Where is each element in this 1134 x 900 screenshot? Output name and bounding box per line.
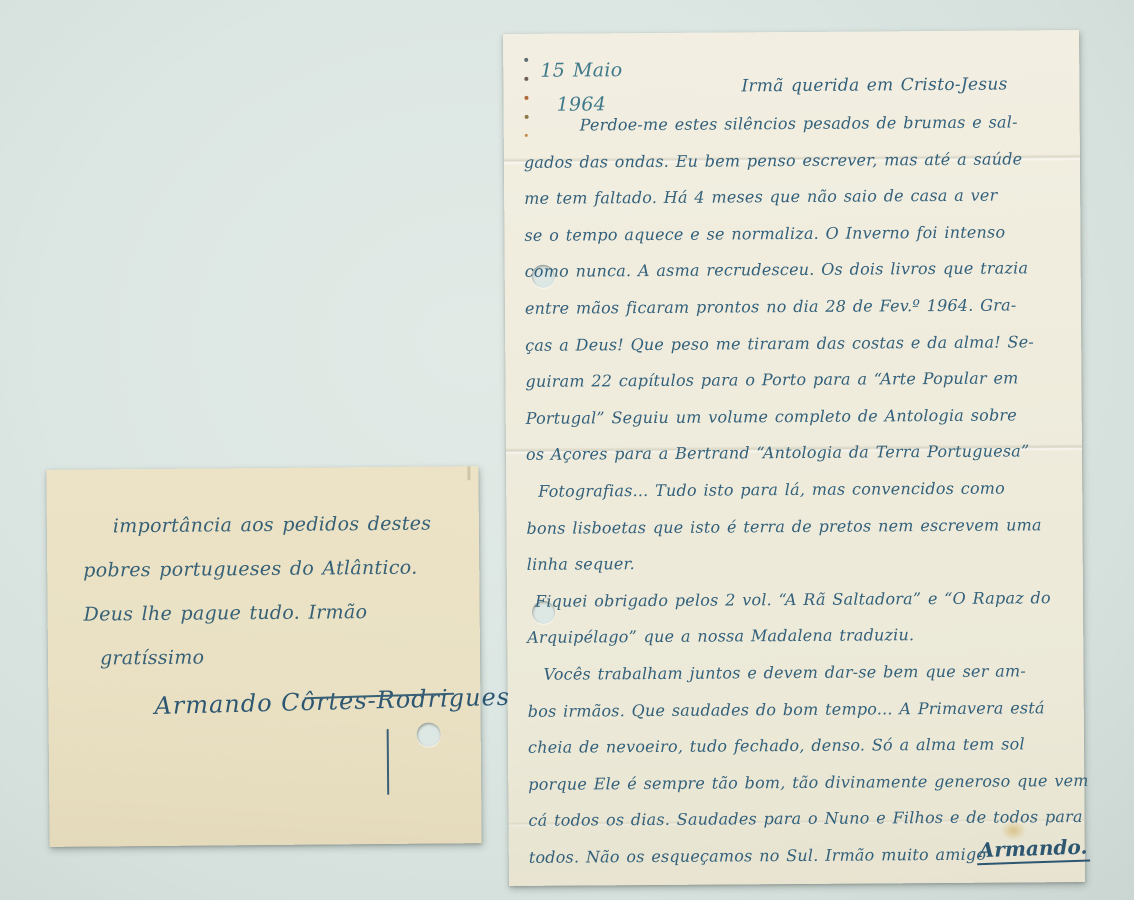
handwritten-line: se o tempo aquece e se normaliza. O Inve… xyxy=(524,222,1068,262)
handwritten-line: Arquipélago” que a nossa Madalena traduz… xyxy=(527,624,1071,664)
handwritten-line: entre mãos ficaram prontos no dia 28 de … xyxy=(525,295,1069,335)
handwritten-line: ças a Deus! Que peso me tiraram das cost… xyxy=(525,332,1069,372)
note-sheet: importância aos pedidos destespobres por… xyxy=(46,466,481,847)
handwritten-line: cheia de nevoeiro, tudo fechado, denso. … xyxy=(528,734,1072,774)
handwritten-line: bons lisboetas que isto é terra de preto… xyxy=(526,515,1070,555)
letter-sheet: 15 Maio 1964 Irmã querida em Cristo-Jesu… xyxy=(503,30,1085,886)
handwritten-line: como nunca. A asma recrudesceu. Os dois … xyxy=(525,258,1069,298)
handwritten-line: Deus lhe pague tudo. Irmão xyxy=(84,600,464,647)
letter-signature: Armando. xyxy=(976,834,1089,865)
handwritten-line: Perdoe-me estes silêncios pesados de bru… xyxy=(524,112,1068,152)
handwritten-line: gados das ondas. Eu bem penso escrever, … xyxy=(524,149,1068,189)
handwritten-line: guiram 22 capítulos para o Porto para a … xyxy=(525,368,1069,408)
handwritten-line: pobres portugueses do Atlântico. xyxy=(83,556,463,603)
handwritten-line: os Açores para a Bertrand “Antologia da … xyxy=(526,441,1070,481)
handwritten-line: Vocês trabalham juntos e devem dar-se be… xyxy=(527,661,1071,701)
paper-nick xyxy=(467,466,470,480)
handwritten-line: Portugal” Seguiu um volume completo de A… xyxy=(526,405,1070,445)
handwritten-line: linha sequer. xyxy=(527,551,1071,591)
signature-flourish-vertical xyxy=(387,729,390,795)
letter-date-day-month: 15 Maio xyxy=(540,53,622,88)
handwritten-line: me tem faltado. Há 4 meses que não saio … xyxy=(524,185,1068,225)
punch-hole xyxy=(417,722,441,746)
letter-date: 15 Maio 1964 xyxy=(540,53,623,122)
handwritten-line: importância aos pedidos destes xyxy=(83,512,463,559)
handwritten-line: bos irmãos. Que saudades do bom tempo...… xyxy=(528,698,1072,738)
note-body: importância aos pedidos destespobres por… xyxy=(83,512,465,691)
photo-of-letters: 15 Maio 1964 Irmã querida em Cristo-Jesu… xyxy=(0,0,1134,900)
letter-body: Perdoe-me estes silêncios pesados de bru… xyxy=(524,112,1073,884)
handwritten-line: Fiquei obrigado pelos 2 vol. “A Rã Salta… xyxy=(527,588,1071,628)
handwritten-line: porque Ele é sempre tão bom, tão divinam… xyxy=(528,771,1072,811)
letter-salutation: Irmã querida em Cristo-Jesus xyxy=(741,74,1007,96)
handwritten-line: Fotografias... Tudo isto para lá, mas co… xyxy=(526,478,1070,518)
